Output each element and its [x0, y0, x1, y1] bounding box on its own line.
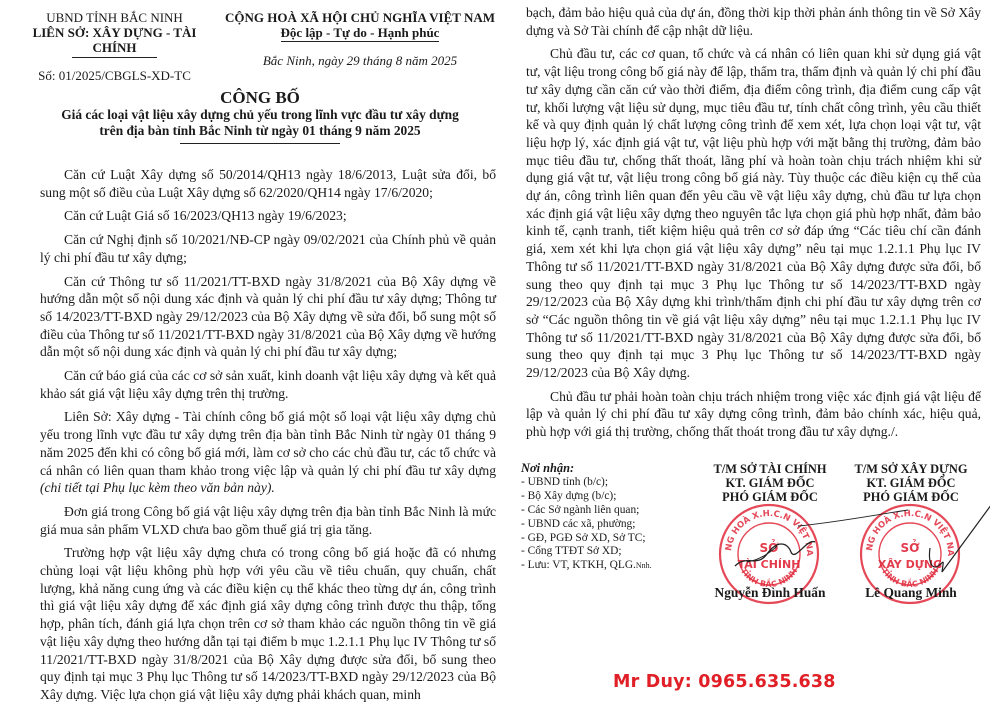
signatory-role: T/M SỞ TÀI CHÍNH: [695, 462, 845, 476]
signatory-authority: KT. GIÁM ĐỐC: [695, 476, 845, 490]
signatory-name: Lê Quang Minh: [836, 586, 986, 600]
issuing-authority: UBND TỈNH BẮC NINH LIÊN SỞ: XÂY DỰNG - T…: [12, 10, 217, 83]
place-date: Bắc Ninh, ngày 29 tháng 8 năm 2025: [222, 53, 498, 68]
legal-basis-paragraph: Căn cứ Thông tư số 11/2021/TT-BXD ngày 3…: [40, 273, 496, 362]
recipient-item: - UBND tỉnh (b/c);: [521, 476, 681, 490]
right-page: bạch, đảm bảo hiệu quả của dự án, đồng t…: [500, 0, 990, 723]
recipient-item: - GĐ, PGĐ Sở XD, Sở TC;: [521, 532, 681, 546]
recipients-list: Nơi nhận: - UBND tỉnh (b/c); - Bộ Xây dự…: [521, 462, 681, 573]
recipient-item: - Lưu: VT, KTKH, QLG.Nnh.: [521, 559, 681, 573]
continuation-paragraph: bạch, đảm bảo hiệu quả của dự án, đồng t…: [526, 4, 981, 39]
recipient-item: - Các Sở ngành liên quan;: [521, 504, 681, 518]
right-body: bạch, đảm bảo hiệu quả của dự án, đồng t…: [526, 4, 981, 447]
legal-basis-paragraph: Căn cứ Luật Xây dựng số 50/2014/QH13 ngà…: [40, 166, 496, 201]
signatory-authority: KT. GIÁM ĐỐC: [836, 476, 986, 490]
contact-phone: Mr Duy: 0965.635.638: [613, 672, 836, 692]
svg-text:XÂY DỰNG: XÂY DỰNG: [878, 558, 942, 571]
svg-text:SỞ: SỞ: [900, 539, 920, 555]
recipient-item: - Cổng TTĐT Sở XD;: [521, 545, 681, 559]
title-divider: [180, 143, 340, 144]
announcement-text: Liên Sở: Xây dựng - Tài chính công bố gi…: [40, 409, 496, 477]
appendix-note: (chi tiết tại Phụ lục kèm theo văn bản n…: [40, 480, 275, 495]
national-motto: Độc lập - Tự do - Hạnh phúc: [281, 25, 440, 42]
recipient-item: - UBND các xã, phường;: [521, 518, 681, 532]
national-header: CỘNG HOÀ XÃ HỘI CHỦ NGHĨA VIỆT NAM Độc l…: [222, 10, 498, 68]
responsibility-paragraph: Chủ đầu tư phải hoàn toàn chịu trách nhi…: [526, 388, 981, 441]
document-title-block: CÔNG BỐ Giá các loại vật liệu xây dựng c…: [40, 88, 480, 144]
svg-text:TÀI CHÍNH: TÀI CHÍNH: [738, 558, 801, 571]
left-body: Căn cứ Luật Xây dựng số 50/2014/QH13 ngà…: [40, 166, 496, 710]
nation-name: CỘNG HOÀ XÃ HỘI CHỦ NGHĨA VIỆT NAM: [222, 10, 498, 25]
legal-basis-paragraph: Căn cứ Luật Giá số 16/2023/QH13 ngày 19/…: [40, 207, 496, 225]
joint-departments: LIÊN SỞ: XÂY DỰNG - TÀI CHÍNH: [12, 25, 217, 55]
recipient-item: - Bộ Xây dựng (b/c);: [521, 490, 681, 504]
document-subtitle-line1: Giá các loại vật liệu xây dựng chủ yếu t…: [40, 107, 480, 123]
document-number: Số: 01/2025/CBGLS-XD-TC: [12, 68, 217, 83]
signature-construction: T/M SỞ XÂY DỰNG KT. GIÁM ĐỐC PHÓ GIÁM ĐỐ…: [836, 462, 986, 504]
header-divider: [72, 57, 157, 58]
document-subtitle-line2: trên địa bàn tỉnh Bắc Ninh từ ngày 01 th…: [40, 123, 480, 139]
legal-basis-paragraph: Căn cứ Nghị định số 10/2021/NĐ-CP ngày 0…: [40, 231, 496, 266]
left-page: UBND TỈNH BẮC NINH LIÊN SỞ: XÂY DỰNG - T…: [0, 0, 500, 723]
investor-guidance-paragraph: Chủ đầu tư, các cơ quan, tổ chức và cá n…: [526, 45, 981, 381]
legal-basis-paragraph: Căn cứ báo giá của các cơ sở sản xuất, k…: [40, 367, 496, 402]
province-committee: UBND TỈNH BẮC NINH: [12, 10, 217, 25]
announcement-paragraph: Liên Sở: Xây dựng - Tài chính công bố gi…: [40, 408, 496, 497]
signature-finance: T/M SỞ TÀI CHÍNH KT. GIÁM ĐỐC PHÓ GIÁM Đ…: [695, 462, 845, 504]
signatory-role: T/M SỞ XÂY DỰNG: [836, 462, 986, 476]
signatory-name: Nguyễn Đình Huấn: [695, 586, 845, 600]
recipients-title: Nơi nhận:: [521, 462, 681, 476]
missing-material-paragraph: Trường hợp vật liệu xây dựng chưa có tro…: [40, 544, 496, 703]
price-basis-paragraph: Đơn giá trong Công bố giá vật liệu xây d…: [40, 503, 496, 538]
document-title: CÔNG BỐ: [40, 88, 480, 107]
